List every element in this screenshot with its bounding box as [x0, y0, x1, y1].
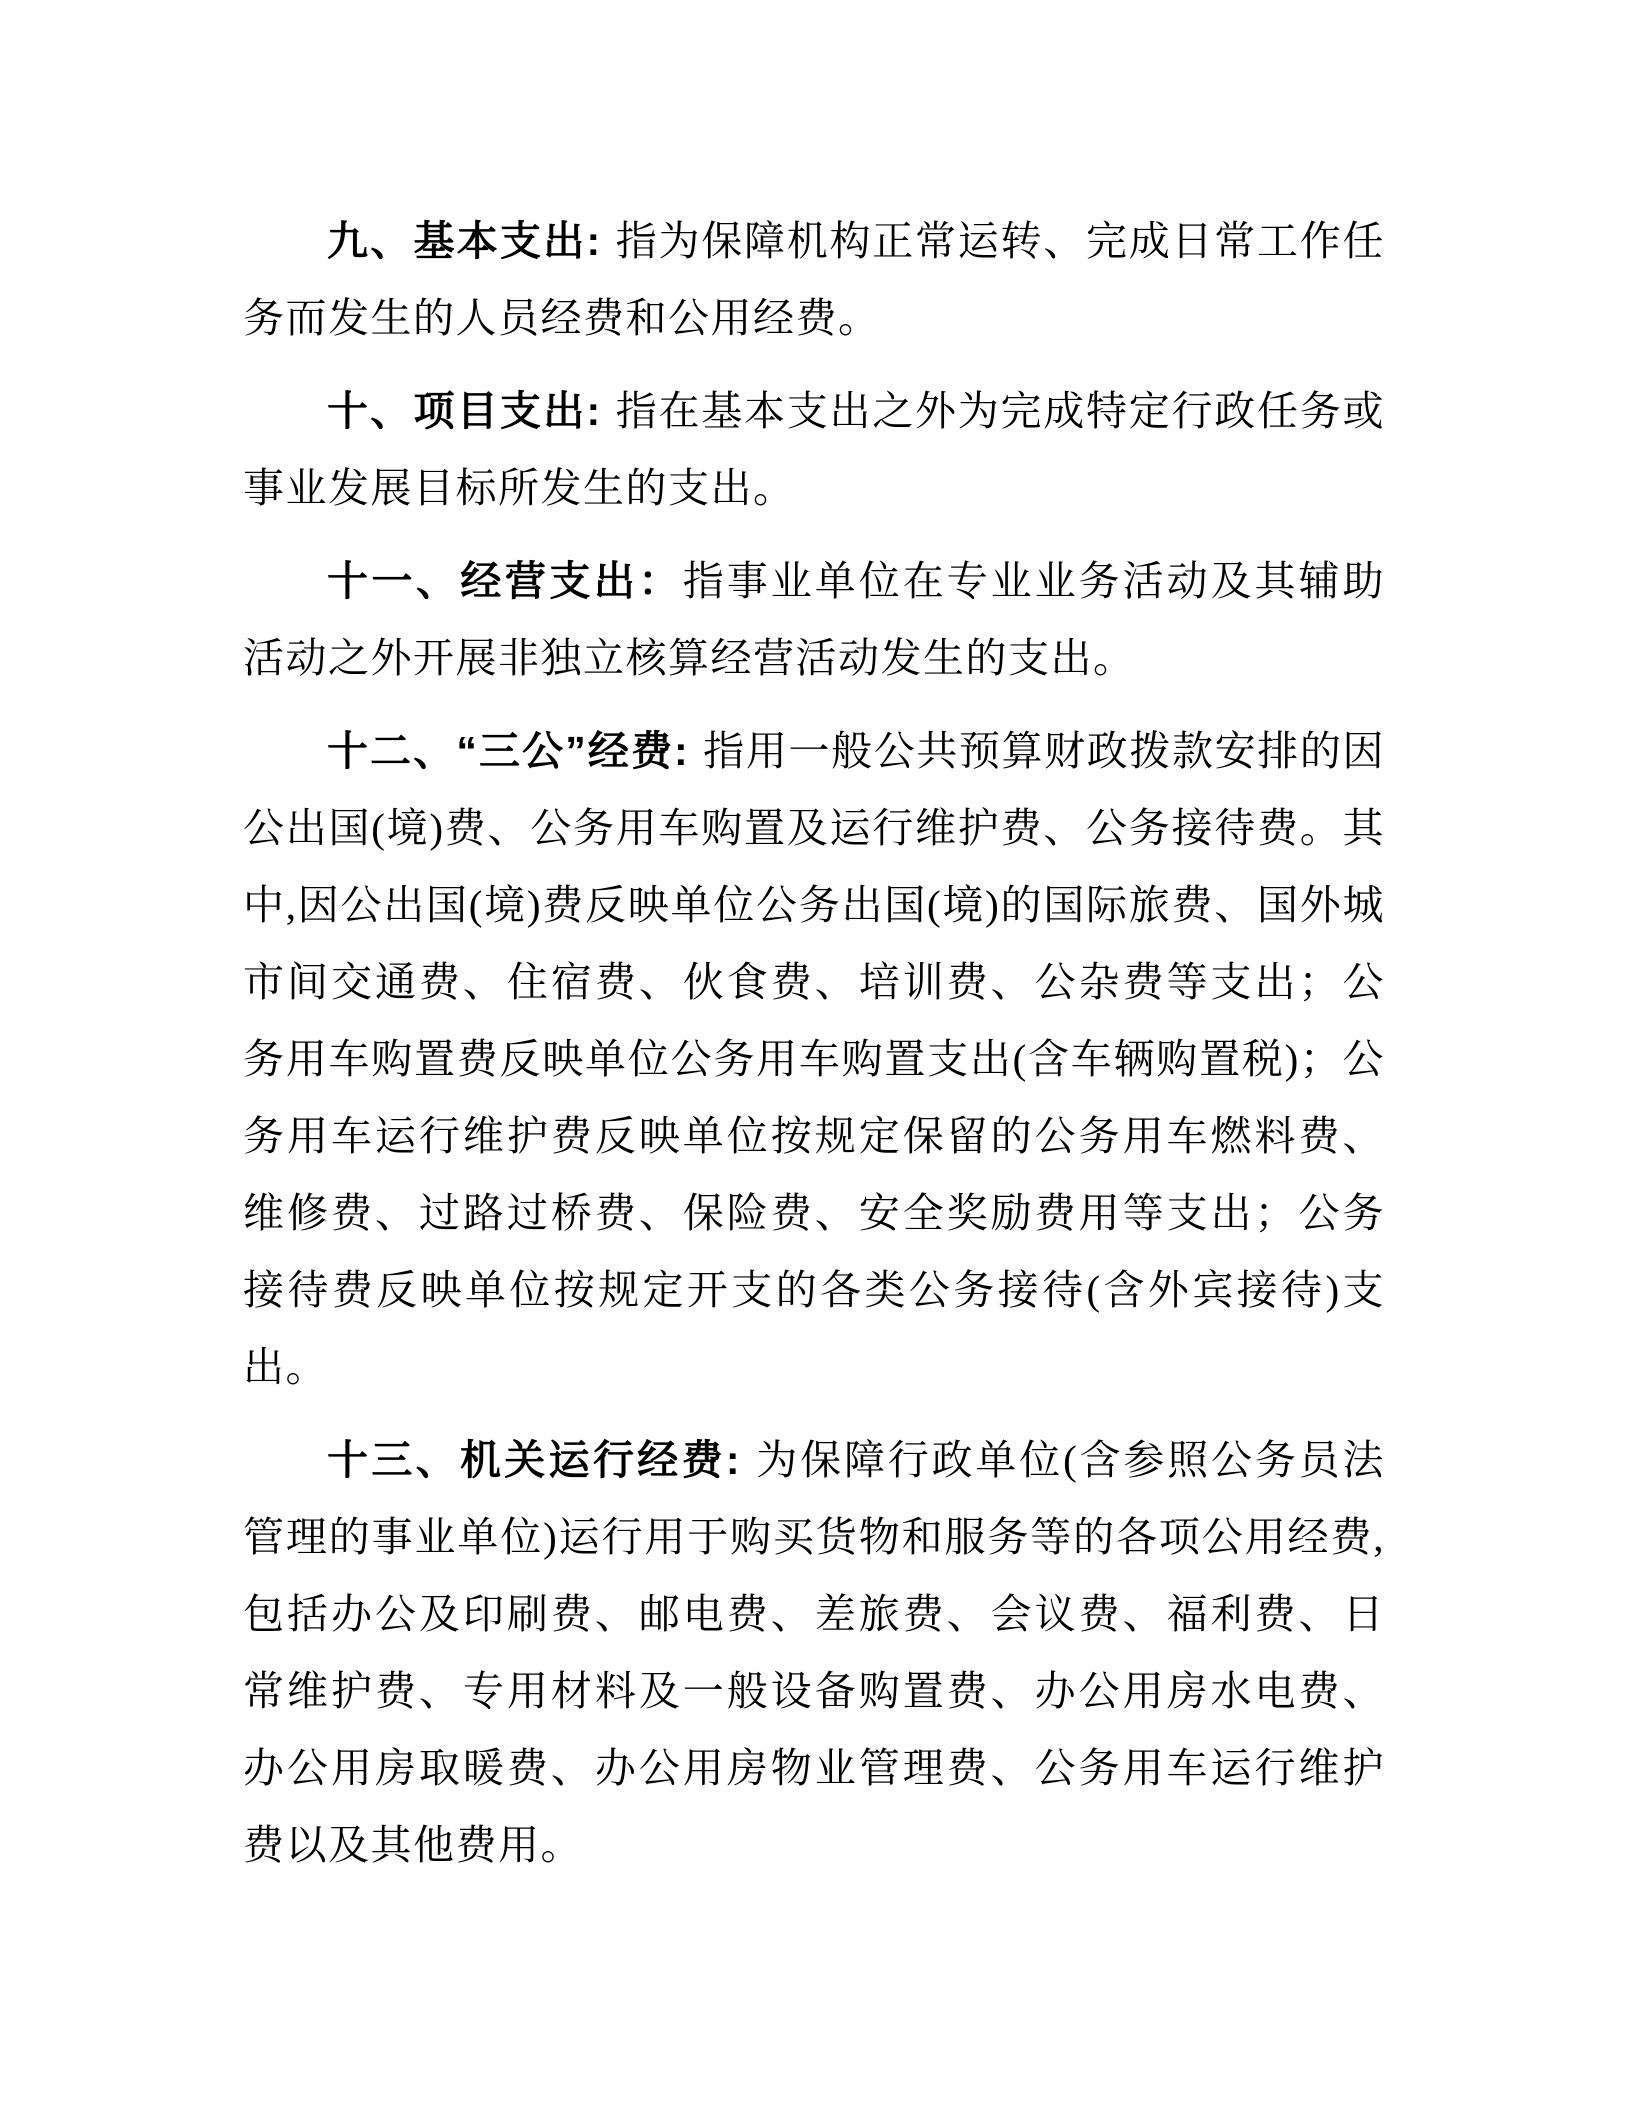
paragraph-body-three-public-funds: 指用一般公共预算财政拨款安排的因公出国(境)费、公务用车购置及运行维护费、公务接…	[243, 728, 1385, 1390]
term-heading-agency-operating-funds: 十三、机关运行经费:	[327, 1437, 756, 1483]
paragraph-body-agency-operating-funds: 为保障行政单位(含参照公务员法管理的事业单位)运行用于购买货物和服务等的各项公用…	[243, 1437, 1385, 1868]
term-heading-project-expenditure: 十、项目支出:	[327, 388, 616, 434]
term-heading-basic-expenditure: 九、基本支出:	[327, 218, 616, 264]
document-text-block: 九、基本支出: 指为保障机构正常运转、完成日常工作任务而发生的人员经费和公用经费…	[243, 203, 1385, 1884]
document-page: 九、基本支出: 指为保障机构正常运转、完成日常工作任务而发生的人员经费和公用经费…	[0, 0, 1632, 2112]
paragraph-operating-expenditure: 十一、经营支出：指事业单位在专业业务活动及其辅助活动之外开展非独立核算经营活动发…	[243, 543, 1385, 697]
paragraph-agency-operating-funds: 十三、机关运行经费: 为保障行政单位(含参照公务员法管理的事业单位)运行用于购买…	[243, 1422, 1385, 1884]
paragraph-project-expenditure: 十、项目支出: 指在基本支出之外为完成特定行政任务或事业发展目标所发生的支出。	[243, 373, 1385, 527]
paragraph-basic-expenditure: 九、基本支出: 指为保障机构正常运转、完成日常工作任务而发生的人员经费和公用经费…	[243, 203, 1385, 357]
paragraph-three-public-funds: 十二、“三公”经费: 指用一般公共预算财政拨款安排的因公出国(境)费、公务用车购…	[243, 713, 1385, 1406]
term-heading-three-public-funds: 十二、“三公”经费:	[327, 728, 703, 774]
term-heading-operating-expenditure: 十一、经营支出：	[327, 558, 683, 604]
